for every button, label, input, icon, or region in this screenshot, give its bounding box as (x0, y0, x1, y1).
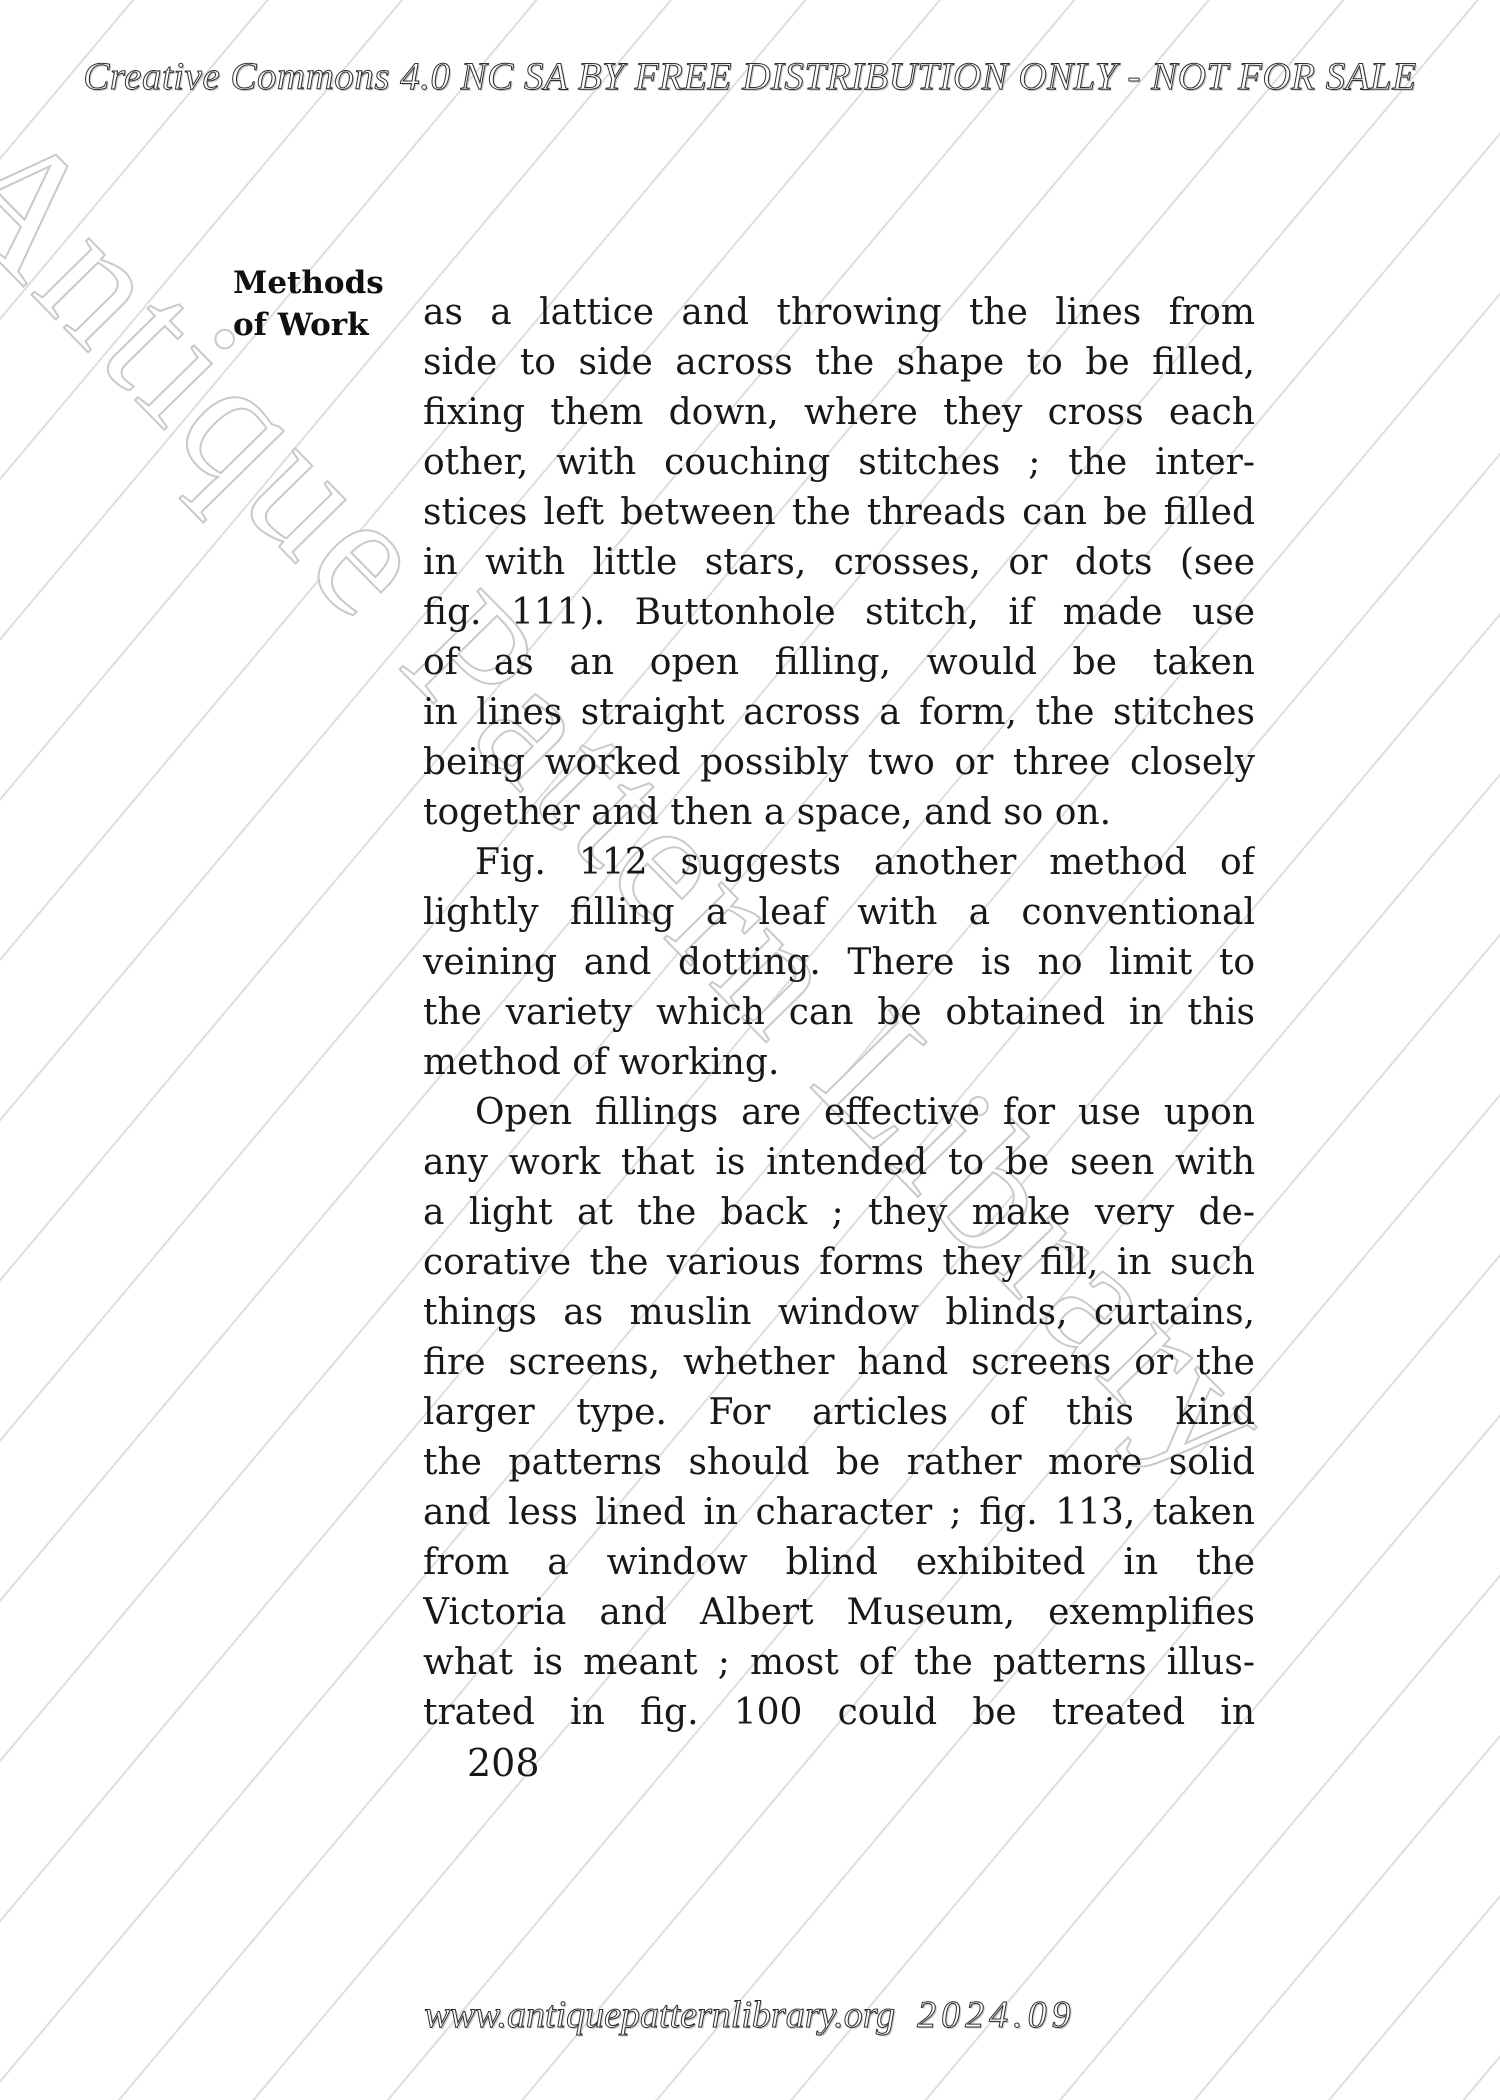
body-text-line: side to side across the shape to be fill… (423, 338, 1255, 388)
body-text-line: and less lined in character ; fig. 113, … (423, 1488, 1255, 1538)
body-text-line: as a lattice and throwing the lines from (423, 288, 1255, 338)
scanned-book-page: Antique Pattern Library Creative Commons… (0, 0, 1500, 2100)
margin-note: Methods of Work (233, 262, 384, 346)
margin-note-line-1: Methods (233, 262, 384, 304)
body-text-line: fixing them down, where they cross each (423, 388, 1255, 438)
body-text-line: Victoria and Albert Museum, exemplifies (423, 1588, 1255, 1638)
footer-url: www.antiquepatternlibrary.org (424, 1994, 895, 2036)
body-text-line: together and then a space, and so on. (423, 788, 1255, 838)
body-text-line: a light at the back ; they make very de- (423, 1188, 1255, 1238)
body-text-line: in lines straight across a form, the sti… (423, 688, 1255, 738)
body-text-line: fire screens, whether hand screens or th… (423, 1338, 1255, 1388)
license-notice: Creative Commons 4.0 NC SA BY FREE DISTR… (0, 54, 1500, 99)
body-text-line: what is meant ; most of the patterns ill… (423, 1638, 1255, 1688)
body-text-column: as a lattice and throwing the lines from… (423, 288, 1255, 1738)
body-text-line: larger type. For articles of this kind (423, 1388, 1255, 1438)
body-text-line: stices left between the threads can be f… (423, 488, 1255, 538)
body-text-line: fig. 111). Buttonhole stitch, if made us… (423, 588, 1255, 638)
body-text-line: veining and dotting. There is no limit t… (423, 938, 1255, 988)
body-text-line: of as an open filling, would be taken (423, 638, 1255, 688)
body-text-line: trated in fig. 100 could be treated in (423, 1688, 1255, 1738)
body-text-line: any work that is intended to be seen wit… (423, 1138, 1255, 1188)
margin-note-line-2: of Work (233, 304, 384, 346)
footer-edition: 2024.09 (917, 1994, 1076, 2036)
body-text-line: from a window blind exhibited in the (423, 1538, 1255, 1588)
body-text-line: lightly filling a leaf with a convention… (423, 888, 1255, 938)
body-text-line: the variety which can be obtained in thi… (423, 988, 1255, 1038)
body-text-line: things as muslin window blinds, curtains… (423, 1288, 1255, 1338)
body-text-line: method of working. (423, 1038, 1255, 1088)
body-text-line: in with little stars, crosses, or dots (… (423, 538, 1255, 588)
page-number: 208 (467, 1738, 540, 1788)
body-text-line: Fig. 112 suggests another method of (423, 838, 1255, 888)
footer-credit: www.antiquepatternlibrary.org2024.09 (0, 1993, 1500, 2037)
body-text-line: Open fillings are effective for use upon (423, 1088, 1255, 1138)
body-text-line: the patterns should be rather more solid (423, 1438, 1255, 1488)
body-text-line: corative the various forms they fill, in… (423, 1238, 1255, 1288)
body-text-line: other, with couching stitches ; the inte… (423, 438, 1255, 488)
body-text-line: being worked possibly two or three close… (423, 738, 1255, 788)
